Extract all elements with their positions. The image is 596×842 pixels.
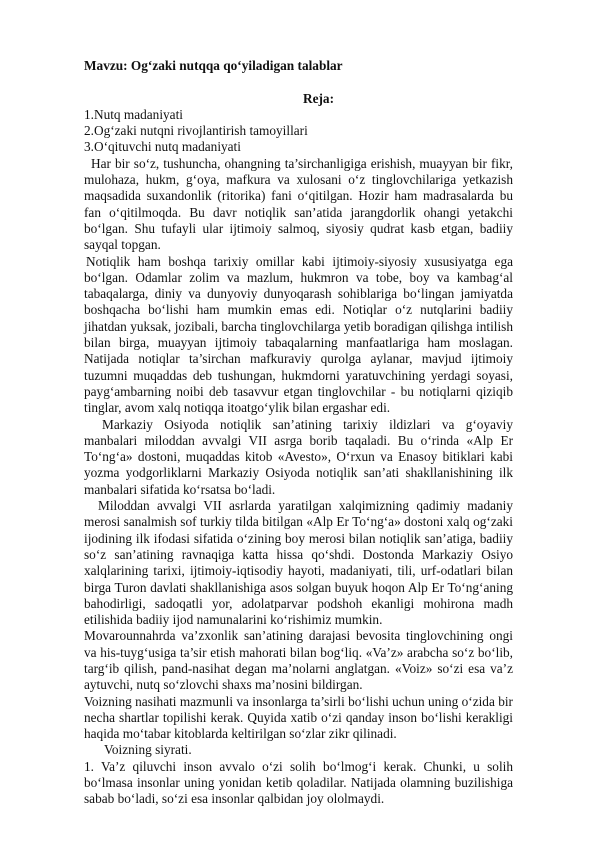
plan-heading: Reja: — [84, 91, 513, 107]
document-page: Mavzu: Og‘zaki nutqqa qo‘yiladigan talab… — [84, 58, 513, 808]
spacer — [84, 74, 513, 90]
paragraph-condition-1: 1. Va’z qiluvchi inson avvalo o‘zi solih… — [84, 759, 513, 808]
paragraph-rhetoric-intro: Har bir so‘z, tushuncha, ohangning ta’si… — [84, 156, 513, 254]
document-title: Mavzu: Og‘zaki nutqqa qo‘yiladigan talab… — [84, 58, 513, 74]
plan-item: 2.Og‘zaki nutqni rivojlantirish tamoyill… — [84, 123, 513, 139]
plan-item: 1.Nutq madaniyati — [84, 107, 513, 123]
paragraph-social-nature: Notiqlik ham boshqa tarixiy omillar kabi… — [84, 254, 513, 417]
paragraph-voiz-conditions: Voizning nasihati mazmunli va insonlarga… — [84, 694, 513, 743]
paragraph-vazxonlik: Movarounnahrda va’zxonlik san’atining da… — [84, 628, 513, 693]
paragraph-alp-er-tonga: Miloddan avvalgi VII asrlarda yaratilgan… — [84, 498, 513, 628]
paragraph-central-asia-roots: Markaziy Osiyoda notiqlik san’atining ta… — [84, 417, 513, 498]
plan-item: 3.O‘qituvchi nutq madaniyati — [84, 139, 513, 155]
paragraph-voiz-siyrati-heading: Voizning siyrati. — [84, 742, 513, 758]
